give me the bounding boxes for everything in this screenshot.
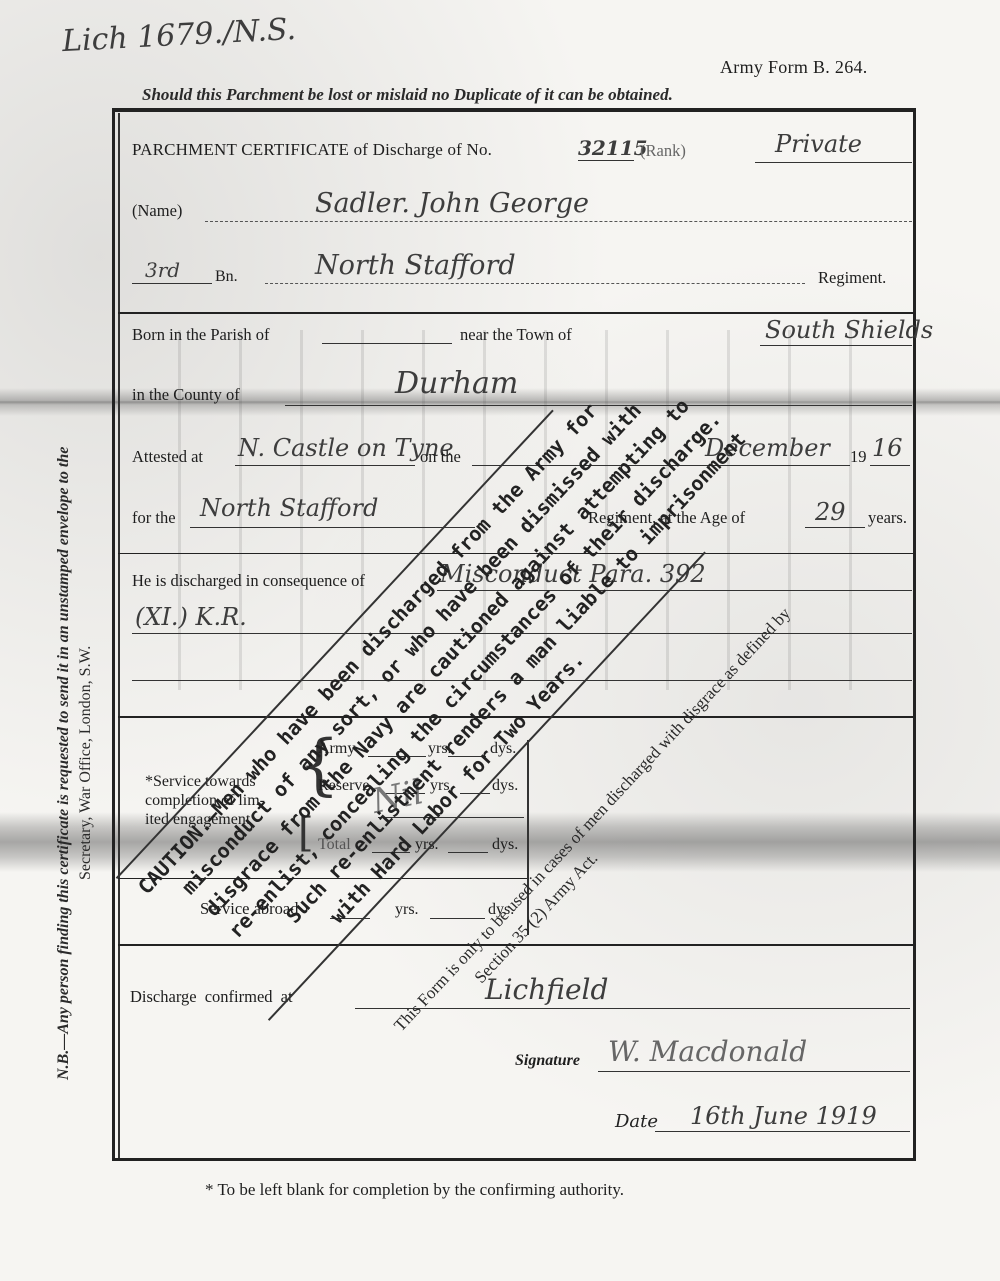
- certificate-title-row: PARCHMENT CERTIFICATE of Discharge of No…: [132, 140, 492, 160]
- battalion-line: [132, 283, 212, 284]
- return-note-line-2: Secretary, War Office, London, S.W.: [75, 200, 97, 1080]
- confirmed-at-value: Lichfield: [485, 978, 608, 1002]
- attested-year: 16: [872, 436, 903, 460]
- county-value: Durham: [395, 372, 518, 396]
- sidebar-return-note: N.B.—Any person finding this certificate…: [53, 200, 97, 1080]
- regiment-line: [265, 283, 805, 284]
- near-town-label: near the Town of: [460, 325, 572, 345]
- date-value: 16th June 1919: [690, 1104, 877, 1128]
- near-town-value: South Shields: [765, 318, 933, 342]
- total-dys-label: dys.: [492, 836, 518, 854]
- service-number: 32115: [578, 136, 648, 160]
- archive-reference-note: Lich 1679./N.S.: [61, 12, 297, 59]
- return-note-line-1: N.B.—Any person finding this certificate…: [53, 200, 75, 1080]
- battalion-number: 3rd: [145, 258, 180, 282]
- signature-line: [598, 1071, 910, 1072]
- discharge-reason-label: He is discharged in consequence of: [132, 571, 365, 591]
- footnote: * To be left blank for completion by the…: [205, 1180, 624, 1200]
- form-identifier: Army Form B. 264.: [720, 57, 868, 78]
- duplicate-warning: Should this Parchment be lost or mislaid…: [142, 85, 673, 105]
- discharge-number-label: of Discharge of No.: [354, 140, 493, 159]
- certificate-title: PARCHMENT CERTIFICATE: [132, 140, 349, 159]
- battalion-label: Bn.: [215, 268, 238, 286]
- for-regiment-line: [190, 527, 475, 528]
- years-label: years.: [868, 508, 907, 528]
- age-line: [805, 527, 865, 528]
- year-line: [870, 465, 910, 466]
- rank-line: [755, 162, 912, 163]
- soldier-name: Sadler. John George: [315, 192, 589, 216]
- section-divider: [118, 312, 913, 314]
- on-the-label: on the: [420, 447, 461, 467]
- signature-value: W. Macdonald: [608, 1040, 807, 1064]
- date-line: [655, 1131, 910, 1132]
- abroad-dys-line: [430, 918, 485, 919]
- for-the-label: for the: [132, 508, 176, 528]
- number-line: [578, 160, 634, 161]
- name-label: (Name): [132, 201, 182, 221]
- town-line: [760, 345, 912, 346]
- abroad-yrs-label: yrs.: [395, 901, 419, 919]
- name-line: [205, 221, 912, 222]
- born-parish-label: Born in the Parish of: [132, 325, 270, 345]
- date-label: Date: [615, 1111, 658, 1132]
- age-value: 29: [815, 500, 846, 524]
- frame-inner-rule: [118, 113, 120, 1158]
- attested-at-label: Attested at: [132, 447, 203, 467]
- regiment-label: Regiment.: [818, 268, 886, 288]
- year-prefix: 19: [850, 447, 867, 467]
- discharge-certificate-page: Lich 1679./N.S. Army Form B. 264. Should…: [0, 0, 1000, 1281]
- reserve-dys-label: dys.: [492, 777, 518, 795]
- rank-value: Private: [775, 132, 862, 156]
- for-regiment-value: North Stafford: [200, 496, 378, 520]
- parish-line: [322, 343, 452, 344]
- rank-label: (Rank): [640, 141, 686, 161]
- discharge-reason-line-2: (XI.) K.R.: [135, 605, 247, 629]
- regiment-name: North Stafford: [315, 254, 516, 278]
- signature-label: Signature: [515, 1052, 580, 1070]
- attested-place-line: [235, 465, 415, 466]
- total-dys-line: [448, 852, 488, 853]
- county-label: in the County of: [132, 385, 240, 405]
